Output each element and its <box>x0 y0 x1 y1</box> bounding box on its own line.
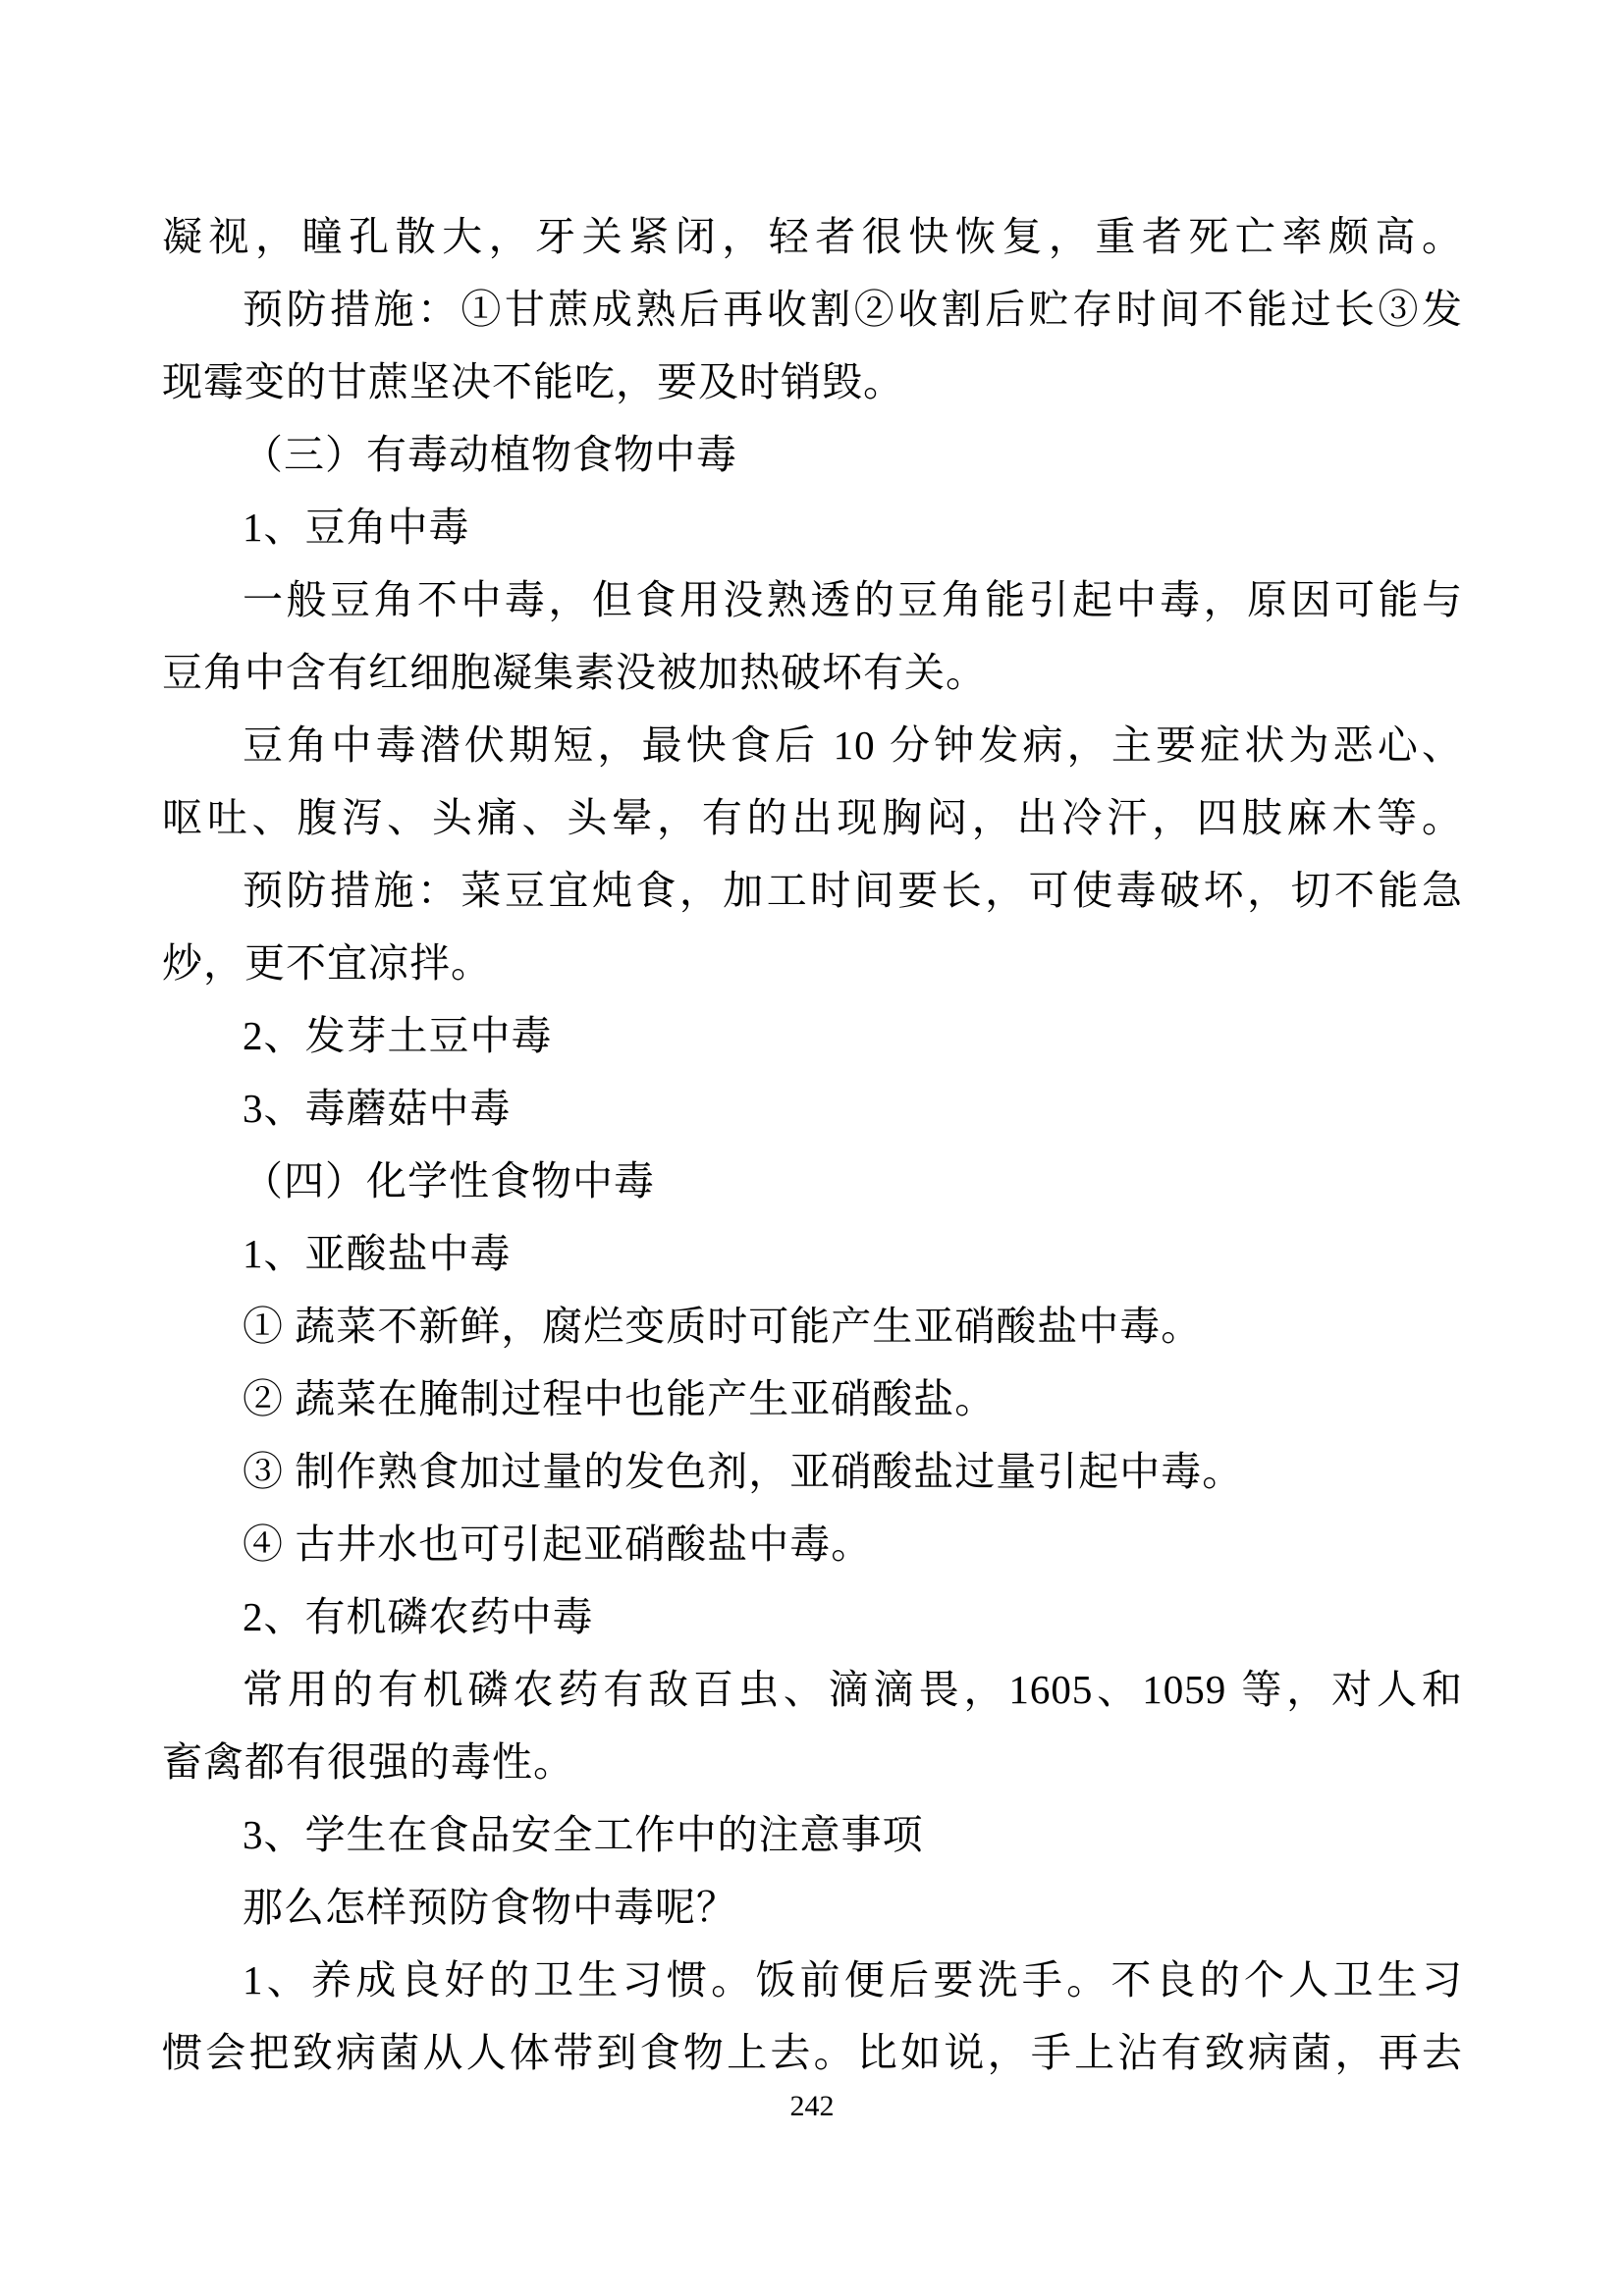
text-line: 畜禽都有很强的毒性。 <box>162 1726 1463 1798</box>
text-line: 现霉变的甘蔗坚决不能吃，要及时销毁。 <box>162 346 1463 418</box>
text-line: 凝视，瞳孔散大，牙关紧闭，轻者很快恢复，重者死亡率颇高。 <box>162 200 1463 273</box>
text-line: 常用的有机磷农药有敌百虫、滴滴畏，1605、1059 等，对人和 <box>162 1653 1463 1726</box>
subsection-heading: 3、毒蘑菇中毒 <box>162 1072 1463 1145</box>
section-heading: （三）有毒动植物食物中毒 <box>162 418 1463 491</box>
subsection-heading: 2、有机磷农药中毒 <box>162 1580 1463 1653</box>
document-body: 凝视，瞳孔散大，牙关紧闭，轻者很快恢复，重者死亡率颇高。 预防措施：①甘蔗成熟后… <box>162 200 1463 2089</box>
numbered-item: ② 蔬菜在腌制过程中也能产生亚硝酸盐。 <box>162 1362 1463 1435</box>
text-line: 预防措施：①甘蔗成熟后再收割②收割后贮存时间不能过长③发 <box>162 273 1463 346</box>
text-line: 1、养成良好的卫生习惯。饭前便后要洗手。不良的个人卫生习 <box>162 1944 1463 2016</box>
document-page: 凝视，瞳孔散大，牙关紧闭，轻者很快恢复，重者死亡率颇高。 预防措施：①甘蔗成熟后… <box>0 0 1624 2296</box>
subsection-heading: 1、豆角中毒 <box>162 491 1463 563</box>
numbered-item: ④ 古井水也可引起亚硝酸盐中毒。 <box>162 1508 1463 1580</box>
subsection-heading: 1、亚酸盐中毒 <box>162 1217 1463 1290</box>
numbered-item: ① 蔬菜不新鲜，腐烂变质时可能产生亚硝酸盐中毒。 <box>162 1290 1463 1362</box>
text-line: 预防措施：菜豆宜炖食，加工时间要长，可使毒破坏，切不能急 <box>162 854 1463 927</box>
subsection-heading: 2、发芽土豆中毒 <box>162 999 1463 1072</box>
page-number: 242 <box>0 2087 1624 2126</box>
text-line: 那么怎样预防食物中毒呢？ <box>162 1871 1463 1944</box>
text-line: 炒，更不宜凉拌。 <box>162 927 1463 999</box>
text-line: 一般豆角不中毒，但食用没熟透的豆角能引起中毒，原因可能与 <box>162 563 1463 636</box>
text-line: 豆角中毒潜伏期短，最快食后 10 分钟发病，主要症状为恶心、 <box>162 709 1463 781</box>
text-line: 惯会把致病菌从人体带到食物上去。比如说，手上沾有致病菌，再去 <box>162 2016 1463 2089</box>
text-line: 呕吐、腹泻、头痛、头晕，有的出现胸闷，出冷汗，四肢麻木等。 <box>162 781 1463 854</box>
text-line: 豆角中含有红细胞凝集素没被加热破坏有关。 <box>162 636 1463 709</box>
section-heading: （四）化学性食物中毒 <box>162 1145 1463 1217</box>
numbered-item: ③ 制作熟食加过量的发色剂，亚硝酸盐过量引起中毒。 <box>162 1435 1463 1508</box>
subsection-heading: 3、学生在食品安全工作中的注意事项 <box>162 1798 1463 1871</box>
